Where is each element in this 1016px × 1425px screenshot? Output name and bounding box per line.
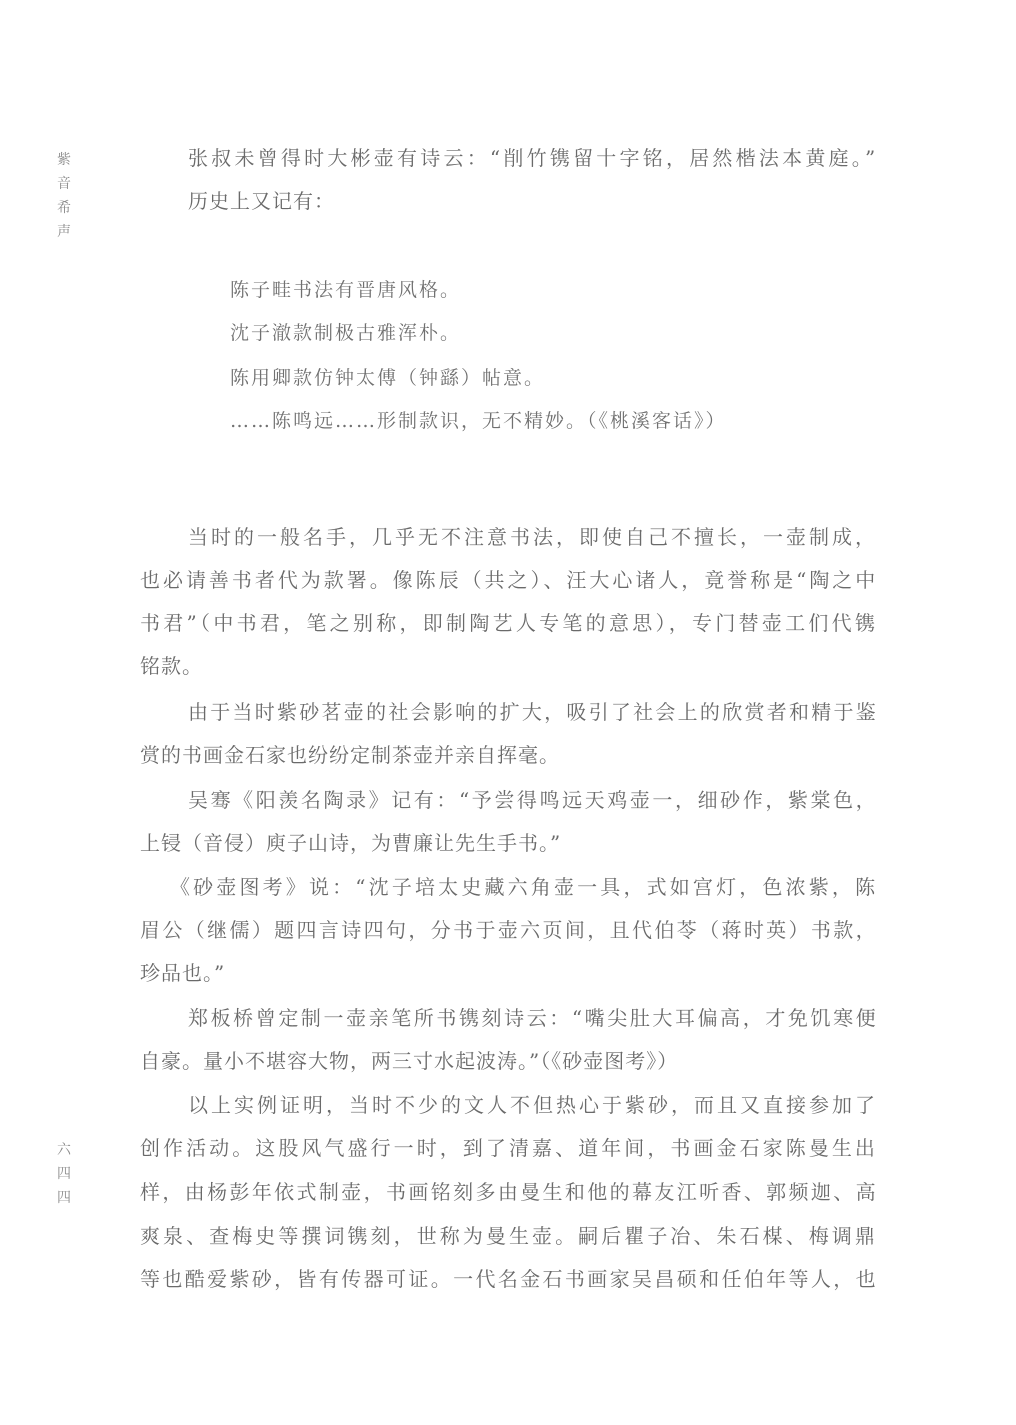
body-line: 当时的一般名手，几乎无不注意书法，即使自己不擅长，一壶制成，: [188, 523, 878, 551]
body-line: 自豪。量小不堪容大物，两三寸水起波涛。”（《砂壶图考》）: [140, 1047, 678, 1075]
body-line: 眉公（继儒）题四言诗四句，分书于壶六页间，且代伯苓（蒋时英）书款，: [140, 916, 878, 944]
body-line: 以上实例证明，当时不少的文人不但热心于紫砂，而且又直接参加了: [188, 1091, 878, 1119]
body-line: 郑板桥曾定制一壶亲笔所书镌刻诗云：“嘴尖肚大耳偏高，才免饥寒便: [188, 1004, 878, 1032]
body-line: 《砂壶图考》说：“沈子培太史藏六角壶一具，式如宫灯，色浓紫，陈: [170, 873, 878, 901]
body-line: 等也酷爱紫砂，皆有传器可证。一代名金石书画家吴昌硕和任伯年等人，也: [140, 1265, 878, 1293]
header-char: 希: [56, 196, 72, 220]
body-line: 也必请善书者代为款署。像陈辰（共之）、汪大心诸人，竟誉称是“陶之中: [140, 566, 878, 594]
intro-line: 历史上又记有：: [188, 187, 335, 215]
body-line: 上锓（音侵）庾子山诗，为曹廉让先生手书。”: [140, 829, 561, 857]
body-line: 由于当时紫砂茗壶的社会影响的扩大，吸引了社会上的欣赏者和精于鉴: [188, 698, 878, 726]
body-line: 珍品也。”: [140, 959, 225, 987]
block-quote-line: 沈子澈款制极古雅浑朴。: [230, 319, 461, 347]
header-char: 声: [56, 220, 72, 244]
header-char: 音: [56, 172, 72, 196]
body-line: 赏的书画金石家也纷纷定制茶壶并亲自挥毫。: [140, 741, 560, 769]
body-line: 爽泉、查梅史等撰词镌刻，世称为曼生壶。嗣后瞿子冶、朱石楳、梅调鼎: [140, 1222, 878, 1250]
intro-line: 张叔未曾得时大彬壶有诗云：“削竹镌留十字铭，居然楷法本黄庭。”: [188, 144, 878, 172]
page-number-char: 四: [56, 1186, 72, 1210]
body-line: 样，由杨彭年依式制壶，书画铭刻多由曼生和他的幕友江听香、郭频迦、高: [140, 1178, 878, 1206]
page-number-char: 六: [56, 1138, 72, 1162]
block-quote-line: ……陈鸣远……形制款识，无不精妙。（《桃溪客话》）: [230, 407, 727, 435]
running-header-book-title: 紫 音 希 声: [56, 148, 72, 244]
block-quote-line: 陈子畦书法有晋唐风格。: [230, 276, 461, 304]
block-quote-line: 陈用卿款仿钟太傅（钟繇）帖意。: [230, 364, 545, 392]
body-line: 书君”（中书君，笔之别称，即制陶艺人专笔的意思），专门替壶工们代镌: [140, 609, 878, 637]
body-line: 铭款。: [140, 652, 203, 680]
body-line: 吴骞《阳羡名陶录》记有：“予尝得鸣远天鸡壶一，细砂作，紫棠色，: [188, 786, 878, 814]
header-char: 紫: [56, 148, 72, 172]
body-line: 创作活动。这股风气盛行一时，到了清嘉、道年间，书画金石家陈曼生出: [140, 1134, 878, 1162]
page-number: 六 四 四: [56, 1138, 72, 1210]
page-number-char: 四: [56, 1162, 72, 1186]
